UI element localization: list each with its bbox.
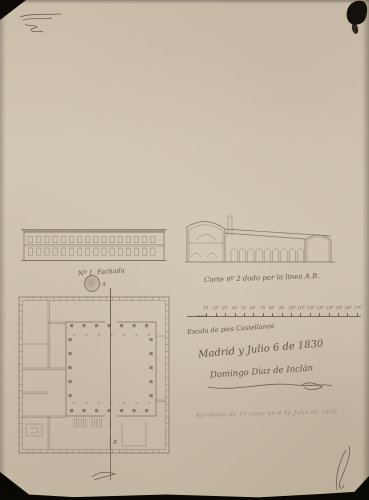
section-line-end-mark xyxy=(90,468,118,482)
scale-tick-label: 130 xyxy=(316,304,324,310)
scale-tick-label: 70 xyxy=(259,305,265,311)
scale-tick xyxy=(216,313,217,317)
scale-tick xyxy=(338,313,339,317)
scale-bar-line xyxy=(187,316,361,317)
scale-tick xyxy=(235,313,236,317)
scale-tick xyxy=(282,313,283,317)
scale-tick xyxy=(300,313,301,317)
scale-tick-label: 120 xyxy=(306,304,314,310)
scale-tick-label: 110 xyxy=(297,304,305,310)
scale-tick-label: 20 xyxy=(212,305,218,311)
scale-tick xyxy=(225,313,226,317)
signature-flourish xyxy=(206,380,334,394)
scale-subtick xyxy=(201,315,202,318)
scale-tick-label: 40 xyxy=(231,305,237,311)
scale-tick xyxy=(310,313,311,317)
bottom-right-flourish xyxy=(329,444,355,494)
paper-edge-shadow-left xyxy=(0,0,6,500)
scan-background: Nº 1. Fachada Corte nº 2 dado por la lin… xyxy=(0,0,369,500)
shadow-bottom-edge xyxy=(0,487,369,500)
scale-tick xyxy=(263,313,264,317)
scale-subtick xyxy=(205,315,206,318)
elevation-drawing xyxy=(20,224,168,266)
scale-bar: 1020304050607080901001101201301401501601… xyxy=(187,305,361,319)
section-caption: Corte nº 2 dado por la linea A.B. xyxy=(204,272,320,284)
scale-tick-label: 30 xyxy=(222,305,228,311)
scale-tick xyxy=(347,313,348,317)
inventory-scribble xyxy=(16,8,66,36)
scale-tick-label: 100 xyxy=(288,304,296,310)
scale-tick xyxy=(206,313,207,317)
scale-tick-label: 170 xyxy=(353,304,361,310)
signature: Domingo Díaz de Inclán xyxy=(210,363,314,380)
scale-tick-label: 60 xyxy=(250,305,256,311)
scale-subtick xyxy=(199,315,200,318)
section-drawing xyxy=(185,212,335,270)
scale-subtick xyxy=(197,315,198,318)
scale-tick-label: 90 xyxy=(278,305,284,311)
section-line-label-bottom: B xyxy=(113,440,117,446)
paper-edge-shadow-top xyxy=(0,0,369,4)
scale-tick-label: 150 xyxy=(335,304,343,310)
scale-tick xyxy=(244,313,245,317)
scale-subtick xyxy=(203,315,204,318)
scale-tick xyxy=(272,313,273,317)
scale-tick xyxy=(319,313,320,317)
paper-edge-shadow-right xyxy=(362,0,369,500)
scale-tick-label: 80 xyxy=(269,305,275,311)
elevation-caption: Nº 1. Fachada xyxy=(78,266,125,277)
scale-tick xyxy=(253,313,254,317)
scale-tick-label: 160 xyxy=(344,304,352,310)
date-inscription: Madrid y Julio 6 de 1830 xyxy=(198,339,324,361)
drawing-sheet: Nº 1. Fachada Corte nº 2 dado por la lin… xyxy=(0,0,369,500)
scale-tick xyxy=(329,313,330,317)
scale-tick xyxy=(357,313,358,317)
floor-plan-drawing xyxy=(18,296,170,454)
section-line-label-top: A xyxy=(102,282,106,288)
approval-note: Aprobado de 1ª clase en 6 de Julio de 18… xyxy=(196,409,337,419)
section-cut-line xyxy=(110,288,111,480)
scale-tick-label: 50 xyxy=(241,305,247,311)
scale-tick-label: 10 xyxy=(203,305,209,311)
scale-tick-label: 140 xyxy=(325,304,333,310)
scale-tick xyxy=(291,313,292,317)
scale-caption: Escala de pies Castellanos xyxy=(187,322,275,336)
embossed-stamp xyxy=(84,275,100,292)
